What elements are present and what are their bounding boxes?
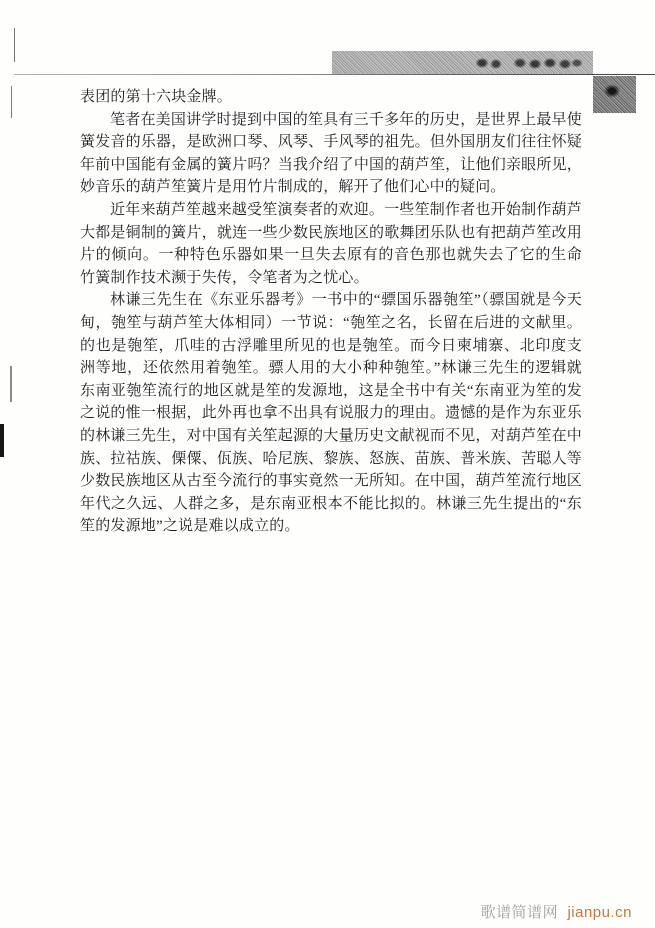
text-line: 的也是匏笙，爪哇的古浮雕里所见的也是匏笙。而今日柬埔寨、北印度支那、婆罗 bbox=[80, 335, 582, 358]
text-line: 少数民族地区从古至今流行的事实竟然一无所知。在中国，葫芦笙流行地区之广、 bbox=[80, 470, 582, 493]
text-line: 年前中国能有金属的簧片吗？当我介绍了中国的葫芦笙，让他们亲眼所见，发出美 bbox=[80, 154, 582, 177]
header-title-illegible bbox=[472, 54, 584, 72]
text-line: 之说的惟一根据，此外再也拿不出具有说服力的理由。遗憾的是作为东亚乐器专家 bbox=[80, 402, 582, 425]
text-line: 笙的发源地”之说是难以成立的。 bbox=[80, 515, 582, 538]
edge-binding-mark bbox=[0, 424, 4, 457]
scanned-book-page: 表团的第十六块金牌。笔者在美国讲学时提到中国的笙具有三千多年的历史，是世界上最早… bbox=[0, 0, 655, 928]
text-line: 东南亚匏笙流行的地区就是笙的发源地，这是全书中有关“东南亚为笙的发源地” bbox=[80, 380, 582, 403]
header-band bbox=[332, 51, 593, 75]
text-line: 笔者在美国讲学时提到中国的笙具有三千多年的历史，是世界上最早使用自由 bbox=[80, 109, 582, 132]
text-line: 林谦三先生在《东亚乐器考》一书中的“骠国乐器匏笙”（骠国就是今天的缅 bbox=[80, 289, 582, 312]
text-line: 簧发音的乐器，是欧洲口琴、风琴、手风琴的祖先。但外国朋友们往往怀疑三千多 bbox=[80, 131, 582, 154]
text-line: 年代之久远、人群之多，是东南亚根本不能比拟的。林谦三先生提出的“东南亚为 bbox=[80, 493, 582, 516]
page-number-tab bbox=[593, 76, 636, 113]
watermark-site-name: 歌谱简谱网 bbox=[481, 904, 559, 921]
edge-scan-mark bbox=[10, 366, 12, 402]
edge-scan-mark bbox=[14, 28, 15, 62]
text-line: 的林谦三先生，对中国有关笙起源的大量历史文献视而不见，对葫芦笙在中国的彝 bbox=[80, 425, 582, 448]
text-line: 族、拉祜族、傈僳、佤族、哈尼族、黎族、怒族、苗族、普米族、苦聪人等十几个 bbox=[80, 448, 582, 471]
text-line: 洲等地，还依然用着匏笙。骠人用的大小种种匏笙。”林谦三先生的逻辑就是：在 bbox=[80, 357, 582, 380]
text-line: 近年来葫芦笙越来越受笙演奏者的欢迎。一些笙制作者也开始制作葫芦笙。但 bbox=[80, 199, 582, 222]
text-line: 片的倾向。一种特色乐器如果一旦失去原有的音色那也就失去了它的生命力。当今 bbox=[80, 244, 582, 267]
body-text-block: 表团的第十六块金牌。笔者在美国讲学时提到中国的笙具有三千多年的历史，是世界上最早… bbox=[80, 86, 582, 538]
text-line: 竹簧制作技术濒于失传，令笔者为之忧心。 bbox=[80, 267, 582, 290]
watermark-site-url: jianpu.cn bbox=[567, 904, 632, 921]
edge-scan-mark bbox=[11, 86, 12, 118]
text-line: 表团的第十六块金牌。 bbox=[80, 86, 582, 109]
text-line: 大都是铜制的簧片，就连一些少数民族地区的歌舞团乐队也有把葫芦笙改用铜制簧 bbox=[80, 222, 582, 245]
text-line: 甸，匏笙与葫芦笙大体相同）一节说：“匏笙之名，长留在后进的文献里。古缅甸 bbox=[80, 312, 582, 335]
text-line: 妙音乐的葫芦笙簧片是用竹片制成的，解开了他们心中的疑问。 bbox=[80, 176, 582, 199]
header-rule bbox=[14, 74, 655, 75]
watermark: 歌谱简谱网 jianpu.cn bbox=[481, 901, 632, 922]
